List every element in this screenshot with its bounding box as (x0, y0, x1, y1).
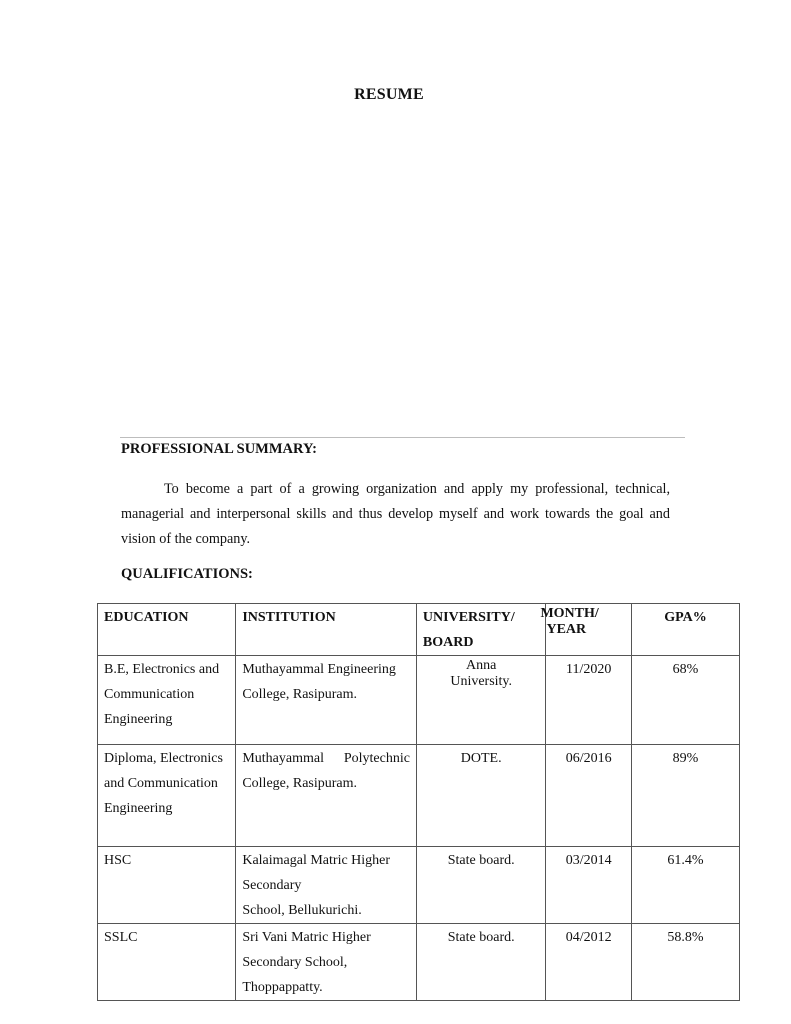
cell-line: Muthayammal Engineering (242, 657, 410, 682)
cell-university-board: AnnaUniversity. (416, 656, 546, 745)
cell-education: B.E, Electronics andCommunicationEnginee… (98, 656, 236, 745)
table-row: HSCKalaimagal Matric HigherSecondaryScho… (98, 847, 740, 924)
cell-line: School, Bellukurichi. (242, 898, 410, 923)
cell-institution: Muthayammal PolytechnicCollege, Rasipura… (236, 745, 417, 847)
cell-line: Sri Vani Matric Higher (242, 925, 410, 950)
cell-university-board: State board. (416, 847, 546, 924)
resume-title: RESUME (0, 86, 778, 104)
cell-line: SSLC (104, 925, 229, 950)
cell-education: Diploma, Electronicsand CommunicationEng… (98, 745, 236, 847)
header-gpa: GPA% (631, 604, 739, 656)
cell-month-year: 11/2020 (546, 656, 632, 745)
cell-line: Diploma, Electronics (104, 746, 229, 771)
qualifications-heading: QUALIFICATIONS: (121, 566, 253, 583)
cell-line: State board. (423, 925, 540, 950)
cell-month-year: 03/2014 (546, 847, 632, 924)
cell-line: DOTE. (423, 746, 540, 771)
cell-line: Secondary (242, 873, 410, 898)
cell-line: Communication (104, 682, 229, 707)
header-institution: INSTITUTION (236, 604, 417, 656)
cell-gpa: 89% (631, 745, 739, 847)
cell-gpa: 68% (631, 656, 739, 745)
table-row: Diploma, Electronicsand CommunicationEng… (98, 745, 740, 847)
cell-institution: Kalaimagal Matric HigherSecondarySchool,… (236, 847, 417, 924)
cell-education: SSLC (98, 924, 236, 1001)
cell-line: and Communication (104, 771, 229, 796)
cell-line: Secondary School, (242, 950, 410, 975)
professional-summary-heading: PROFESSIONAL SUMMARY: (121, 441, 317, 458)
cell-gpa: 58.8% (631, 924, 739, 1001)
cell-month-year: 06/2016 (546, 745, 632, 847)
table-header-row: EDUCATION INSTITUTION UNIVERSITY/ BOARD … (98, 604, 740, 656)
cell-line: University. (423, 674, 540, 690)
header-month-year: MONTH/ YEAR (546, 604, 632, 656)
cell-line: Anna (423, 658, 540, 674)
cell-line: Muthayammal Polytechnic (242, 746, 410, 771)
professional-summary-text: To become a part of a growing organizati… (121, 477, 670, 552)
qualifications-table: EDUCATION INSTITUTION UNIVERSITY/ BOARD … (97, 603, 740, 1001)
cell-line: Engineering (104, 707, 229, 732)
header-education: EDUCATION (98, 604, 236, 656)
cell-month-year: 04/2012 (546, 924, 632, 1001)
cell-university-board: State board. (416, 924, 546, 1001)
header-university-board: UNIVERSITY/ BOARD (416, 604, 546, 656)
cell-institution: Sri Vani Matric HigherSecondary School,T… (236, 924, 417, 1001)
cell-line: Engineering (104, 796, 229, 821)
table-row: SSLCSri Vani Matric HigherSecondary Scho… (98, 924, 740, 1001)
cell-university-board: DOTE. (416, 745, 546, 847)
cell-line: State board. (423, 848, 540, 873)
cell-line: HSC (104, 848, 229, 873)
cell-line: Thoppappatty. (242, 975, 410, 1000)
cell-line: B.E, Electronics and (104, 657, 229, 682)
cell-education: HSC (98, 847, 236, 924)
cell-gpa: 61.4% (631, 847, 739, 924)
cell-institution: Muthayammal EngineeringCollege, Rasipura… (236, 656, 417, 745)
section-divider (120, 437, 685, 438)
table-row: B.E, Electronics andCommunicationEnginee… (98, 656, 740, 745)
cell-line: Kalaimagal Matric Higher (242, 848, 410, 873)
cell-line: College, Rasipuram. (242, 771, 410, 796)
cell-line: College, Rasipuram. (242, 682, 410, 707)
